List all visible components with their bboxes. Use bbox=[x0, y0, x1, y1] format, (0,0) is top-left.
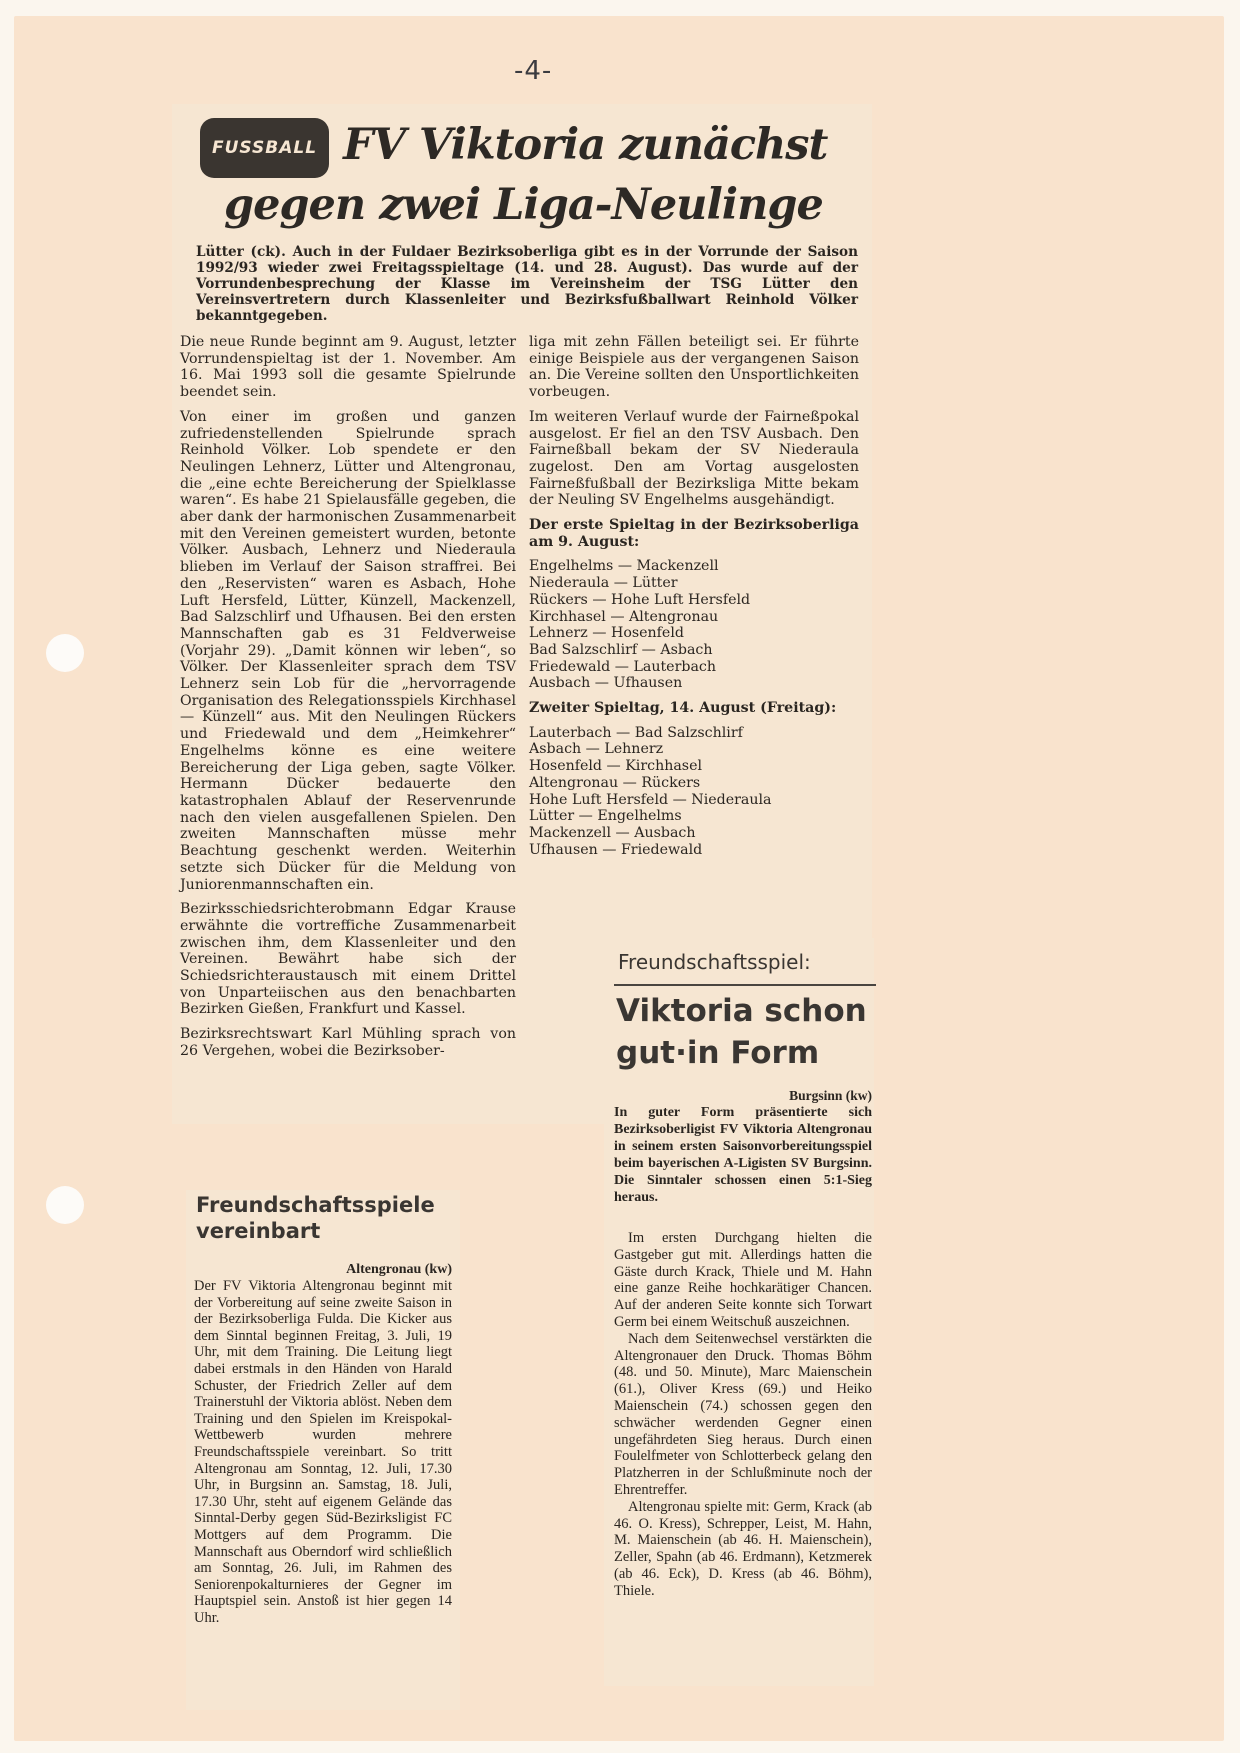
punch-hole bbox=[46, 1186, 84, 1224]
headline-line-1: Viktoria schon bbox=[616, 990, 867, 1032]
divider bbox=[614, 984, 876, 986]
fixture: Altengronau — Rückers bbox=[529, 775, 859, 792]
punch-hole bbox=[46, 634, 84, 672]
headline-line-2: vereinbart bbox=[196, 1218, 435, 1244]
headline-line-2: gut·in Form bbox=[616, 1032, 867, 1074]
article-lead: Lütter (ck). Auch in der Fuldaer Bezirks… bbox=[196, 244, 858, 324]
headline-line-2: gegen zwei Liga-Neulinge bbox=[224, 178, 827, 232]
article-kicker: Freundschaftsspiel: bbox=[618, 950, 811, 974]
fixture: Hohe Luft Hersfeld — Niederaula bbox=[529, 792, 859, 809]
fixture: Niederaula — Lütter bbox=[529, 575, 859, 592]
fixture: Engelhelms — Mackenzell bbox=[529, 558, 859, 575]
paragraph: liga mit zehn Fällen beteiligt sei. Er f… bbox=[529, 334, 859, 401]
paragraph: Nach dem Seitenwechsel verstärkten die A… bbox=[614, 1331, 872, 1499]
paragraph: Im ersten Durchgang hielten die Gastgebe… bbox=[614, 1230, 872, 1331]
headline-line-1: Freundschaftsspiele bbox=[196, 1192, 435, 1218]
paragraph: Im weiteren Verlauf wurde der Fairneßpok… bbox=[529, 409, 859, 509]
article-body: Der FV Viktoria Altengronau beginnt mit … bbox=[194, 1278, 452, 1626]
paragraph: Altengronau spielte mit: Germ, Krack (ab… bbox=[614, 1499, 872, 1600]
section-kicker-badge: FUSSBALL bbox=[200, 118, 329, 178]
paragraph: Von einer im großen und ganzen zufrieden… bbox=[180, 409, 516, 893]
handwritten-page-number: -4- bbox=[514, 56, 552, 86]
fixtures-list-1: Engelhelms — Mackenzell Niederaula — Lüt… bbox=[529, 558, 859, 692]
article-headline: Freundschaftsspiele vereinbart bbox=[196, 1192, 435, 1244]
dateline: Burgsinn (kw) bbox=[614, 1088, 872, 1104]
paragraph: Bezirksrechtswart Karl Mühling sprach vo… bbox=[180, 1026, 516, 1059]
headline-line-1: FV Viktoria zunächst bbox=[343, 120, 827, 170]
fixture: Hosenfeld — Kirchhasel bbox=[529, 758, 859, 775]
fixtures-list-2: Lauterbach — Bad Salzschlirf Asbach — Le… bbox=[529, 725, 859, 859]
fixture: Asbach — Lehnerz bbox=[529, 741, 859, 758]
paragraph: Bezirksschiedsrichterobmann Edgar Krause… bbox=[180, 901, 516, 1018]
fixture: Bad Salzschlirf — Asbach bbox=[529, 642, 859, 659]
fixture: Ausbach — Ufhausen bbox=[529, 675, 859, 692]
article-column-1: Die neue Runde beginnt am 9. August, let… bbox=[180, 334, 516, 1068]
article-body: Im ersten Durchgang hielten die Gastgebe… bbox=[614, 1230, 872, 1600]
fixture: Ufhausen — Friedewald bbox=[529, 842, 859, 859]
dateline: Altengronau (kw) bbox=[196, 1262, 452, 1278]
fixtures-heading-1: Der erste Spieltag in der Bezirksoberlig… bbox=[529, 517, 859, 550]
fixture: Lütter — Engelhelms bbox=[529, 808, 859, 825]
article-column-2: liga mit zehn Fällen beteiligt sei. Er f… bbox=[529, 334, 859, 858]
fixture: Lehnerz — Hosenfeld bbox=[529, 625, 859, 642]
fixture: Lauterbach — Bad Salzschlirf bbox=[529, 725, 859, 742]
article-lead: In guter Form präsentierte sich Bezirkso… bbox=[614, 1104, 872, 1206]
article-headline: FUSSBALL FV Viktoria zunächst gegen zwei… bbox=[200, 118, 827, 232]
fixture: Friedewald — Lauterbach bbox=[529, 659, 859, 676]
fixture: Mackenzell — Ausbach bbox=[529, 825, 859, 842]
fixtures-heading-2: Zweiter Spieltag, 14. August (Freitag): bbox=[529, 700, 859, 717]
fixture: Rückers — Hohe Luft Hersfeld bbox=[529, 592, 859, 609]
paragraph: Die neue Runde beginnt am 9. August, let… bbox=[180, 334, 516, 401]
article-headline: Viktoria schon gut·in Form bbox=[616, 990, 867, 1074]
fixture: Kirchhasel — Altengronau bbox=[529, 609, 859, 626]
